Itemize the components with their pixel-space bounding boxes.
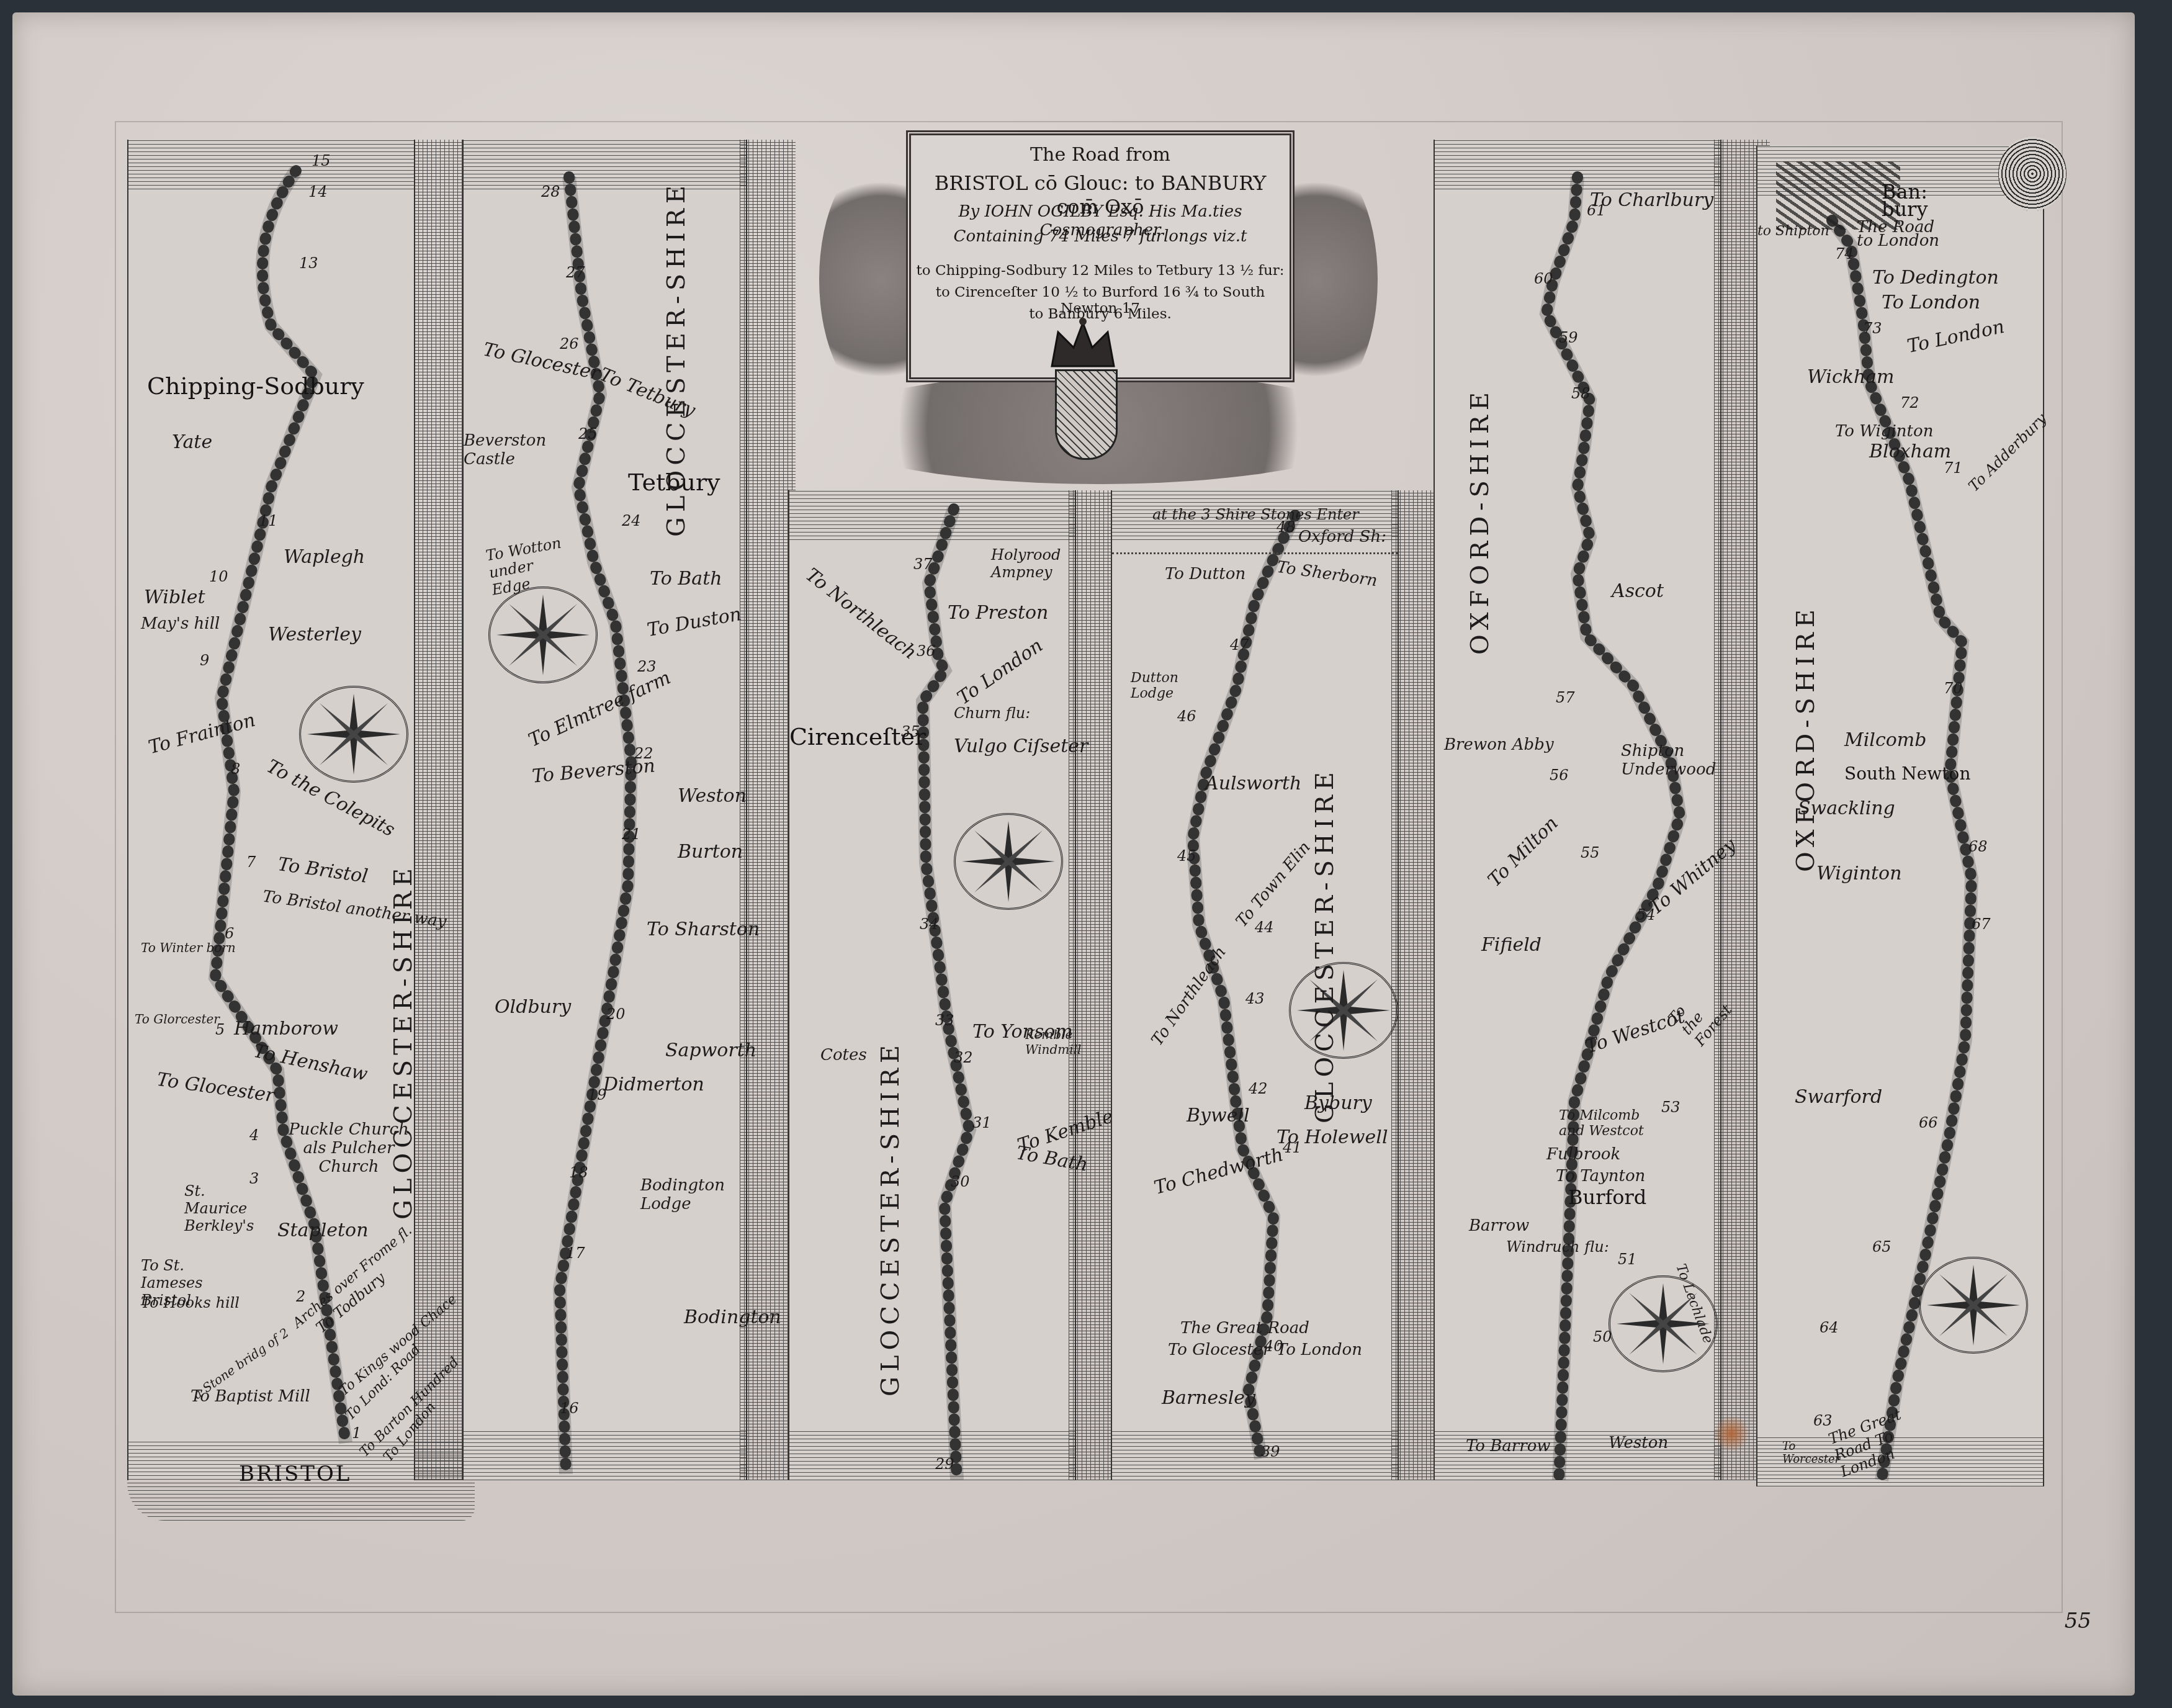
- milestone: 45: [1177, 847, 1196, 865]
- milestone: 64: [1820, 1319, 1839, 1336]
- place-label: To Holewell: [1277, 1126, 1388, 1148]
- county-boundary: [1112, 552, 1398, 554]
- place-label: To Winter born: [141, 940, 236, 955]
- milestone: 1: [352, 1424, 361, 1442]
- place-label: Milcomb: [1844, 729, 1926, 751]
- milestone: 46: [1177, 708, 1196, 725]
- place-label: Westerley: [268, 624, 361, 645]
- royal-arms-shield: [1055, 369, 1118, 460]
- milestone: 68: [1968, 838, 1988, 855]
- milestone: 6: [225, 925, 234, 942]
- town-label: South Newton: [1844, 763, 1970, 784]
- compass-rose: [954, 813, 1063, 910]
- milestone: 43: [1245, 990, 1265, 1007]
- place-label: To Sharston: [647, 919, 760, 940]
- place-label: to Shipton: [1757, 223, 1829, 239]
- place-label: Windruch flu:: [1506, 1238, 1609, 1256]
- milestone: 27: [566, 264, 585, 281]
- milestone: 24: [622, 512, 641, 529]
- place-label: To Hooks hill: [141, 1294, 240, 1311]
- milestone: 26: [560, 335, 579, 353]
- milestone: 53: [1661, 1099, 1681, 1116]
- road-strip-5: 61 60 59 58 57 56 55 54 53 51 50 To Char…: [1434, 140, 1721, 1480]
- compass-rose: [299, 686, 408, 783]
- milestone: 10: [209, 568, 228, 585]
- milestone: 31: [972, 1114, 992, 1131]
- milestone: 66: [1919, 1114, 1938, 1131]
- county-label: OXFORD-SHIRE: [1792, 605, 1820, 872]
- map-sheet: 15 14 13 11 10 9 8 7 6 5 4 3 2 1 Chippin…: [12, 12, 2135, 1696]
- milestone: 18: [569, 1164, 588, 1181]
- milestone: 34: [920, 915, 939, 933]
- place-label: Barnesley: [1162, 1387, 1255, 1409]
- place-label: Wiblet: [144, 587, 205, 608]
- milestone: 63: [1813, 1412, 1833, 1429]
- milestone: 15: [312, 152, 331, 169]
- milestone: 67: [1972, 915, 1991, 933]
- milestone: 20: [606, 1005, 626, 1023]
- place-label: To Dedington: [1872, 267, 1999, 289]
- place-label: To Preston: [948, 602, 1048, 624]
- place-label: Waplegh: [284, 546, 365, 568]
- place-label: The Road to London: [1857, 220, 1950, 248]
- county-label: GLOCCESTER-SHIRE: [876, 1040, 905, 1396]
- milestone: 73: [1863, 320, 1882, 337]
- place-label: To Glocester: [1168, 1341, 1271, 1359]
- milestone: 8: [231, 760, 240, 778]
- milestone: 21: [622, 825, 641, 843]
- road-strip-2: 28 27 26 25 24 23 22 21 20 19 18 17 16 T…: [462, 140, 747, 1480]
- milestone: 47: [1230, 636, 1249, 654]
- place-label: Hamborow: [234, 1018, 338, 1040]
- place-label: To London: [1882, 292, 1980, 313]
- milestone: 58: [1571, 385, 1591, 402]
- milestone: 9: [200, 652, 209, 669]
- page-number: 55: [2065, 1609, 2091, 1634]
- scroll-curl-top-right: [1998, 137, 2067, 211]
- place-label: Fulbrook: [1546, 1145, 1620, 1164]
- title-line: The Road from: [911, 144, 1290, 166]
- milestone: 17: [566, 1244, 585, 1262]
- title-distance: Containing 74 Miles 7 furlongs viz.t: [911, 227, 1290, 246]
- road-strip-1: 15 14 13 11 10 9 8 7 6 5 4 3 2 1 Chippin…: [127, 140, 415, 1480]
- place-label: Fifield: [1481, 934, 1541, 956]
- foxing-stain: [1713, 1415, 1750, 1452]
- milestone: 2: [296, 1288, 305, 1305]
- county-label: GLOCCESTER-SHIRE: [389, 863, 418, 1220]
- place-label: Beverston Castle: [464, 431, 538, 469]
- place-label: Weston: [1609, 1434, 1668, 1452]
- place-label: Kemble Windmill: [1025, 1027, 1081, 1057]
- milestone: 33: [935, 1012, 954, 1029]
- place-label: To Wiginton: [1835, 422, 1933, 441]
- milestone: 39: [1261, 1443, 1280, 1460]
- place-label: To Baptist Mill: [191, 1387, 310, 1406]
- place-label: Shipton Underwood: [1621, 742, 1714, 779]
- title-stage: to Chipping-Sodbury 12 Miles to Tetbury …: [911, 263, 1290, 279]
- milestone: 37: [913, 555, 933, 573]
- milestone: 44: [1255, 919, 1274, 936]
- road-strip-6: Ban: bury 74 73 72 71 70 68 67 66 65 64 …: [1756, 146, 2044, 1486]
- milestone: 70: [1944, 680, 1963, 697]
- place-label: Sapworth: [665, 1040, 756, 1061]
- county-label: GLOCCESTER-SHIRE: [1311, 767, 1339, 1123]
- county-label: GLOCCESTER-SHIRE: [662, 181, 691, 537]
- place-label: Burton: [678, 841, 743, 863]
- milestone: 4: [249, 1126, 259, 1144]
- place-label: Brewon Abby: [1444, 735, 1554, 754]
- place-label: Holyrood Ampney: [991, 546, 1066, 581]
- place-label: To Taynton: [1556, 1167, 1645, 1185]
- place-label: Dutton Lodge: [1131, 670, 1187, 701]
- place-label: Cotes: [820, 1046, 867, 1064]
- place-label: Wiginton: [1816, 863, 1901, 884]
- place-label: Yate: [172, 431, 212, 453]
- milestone: 28: [541, 183, 560, 200]
- place-label: St. Maurice Berkley's: [184, 1182, 271, 1234]
- place-label: Vulgo Ciſseter: [954, 735, 1088, 757]
- town-label: Ban: bury: [1882, 183, 1956, 218]
- place-label: Oldbury: [495, 996, 571, 1018]
- place-label: The Great Road: [1180, 1319, 1309, 1337]
- place-label: To Charlbury: [1590, 189, 1713, 211]
- place-label: To London: [1277, 1341, 1362, 1359]
- place-label: Bodington: [684, 1306, 781, 1328]
- place-label: To Dutton: [1165, 565, 1245, 583]
- scroll-curl: [740, 140, 796, 1480]
- milestone: 56: [1550, 766, 1569, 784]
- milestone: 11: [259, 512, 278, 529]
- place-label: To Barrow: [1466, 1437, 1551, 1455]
- place-label: To Glorcester: [135, 1012, 220, 1027]
- milestone: 72: [1900, 394, 1919, 411]
- place-label: To Worcester: [1782, 1440, 1820, 1466]
- county-label: OXFORD-SHIRE: [1466, 387, 1494, 655]
- milestone: 7: [246, 853, 256, 871]
- compass-rose: [1609, 1275, 1718, 1372]
- place-label: May's hill: [141, 614, 220, 633]
- compass-rose: [1289, 962, 1398, 1059]
- town-label: Cirenceſter: [789, 723, 926, 750]
- milestone: 16: [560, 1400, 579, 1417]
- place-label: Didmerton: [603, 1074, 704, 1095]
- milestone: 42: [1249, 1080, 1268, 1097]
- milestone: 30: [951, 1173, 970, 1190]
- milestone: 29: [935, 1455, 954, 1473]
- milestone: 32: [954, 1049, 973, 1066]
- place-label: at the 3 Shire Stones Enter: [1152, 506, 1359, 523]
- road-path: [464, 140, 746, 1480]
- crown-icon: [1046, 317, 1120, 372]
- place-label: Bodington Lodge: [640, 1176, 734, 1213]
- road-strip-4: 48 47 46 45 44 43 42 41 40 39 at the 3 S…: [1111, 490, 1399, 1480]
- road-strip-3: 37 36 35 34 33 32 31 30 29 To Northleach…: [788, 490, 1076, 1480]
- place-label: Churn flu:: [954, 704, 1030, 722]
- town-label: BRISTOL: [239, 1462, 351, 1486]
- milestone: 51: [1618, 1251, 1637, 1268]
- place-label: Ascot: [1612, 580, 1664, 602]
- milestone: 13: [299, 254, 318, 272]
- place-label: Wickham: [1807, 366, 1895, 388]
- place-label: Aulsworth: [1205, 773, 1301, 794]
- scroll-curl: [414, 140, 470, 1480]
- place-label: Oxford Sh:: [1298, 528, 1386, 546]
- compass-rose: [488, 587, 598, 683]
- milestone: 57: [1556, 689, 1575, 706]
- place-label: Stapleton: [277, 1220, 368, 1241]
- place-label: Bywell: [1187, 1105, 1250, 1126]
- compass-rose: [1919, 1257, 2028, 1354]
- town-label: Burford: [1568, 1185, 1646, 1209]
- milestone: 55: [1581, 844, 1600, 861]
- milestone: 60: [1534, 270, 1553, 287]
- milestone: 36: [917, 642, 936, 660]
- place-label: Bloxham: [1869, 441, 1951, 462]
- place-label: To Milcomb and Westcot: [1559, 1108, 1652, 1139]
- place-label: Swarford: [1795, 1086, 1882, 1108]
- milestone: 59: [1559, 329, 1578, 346]
- milestone: 25: [578, 425, 598, 443]
- place-label: To Bath: [650, 568, 722, 590]
- place-label: Barrow: [1469, 1216, 1529, 1235]
- town-label: Chipping-Sodbury: [147, 372, 364, 400]
- milestone: 65: [1872, 1238, 1892, 1256]
- milestone: 14: [308, 183, 328, 200]
- place-label: Weston: [678, 785, 747, 807]
- milestone: 74: [1835, 245, 1854, 263]
